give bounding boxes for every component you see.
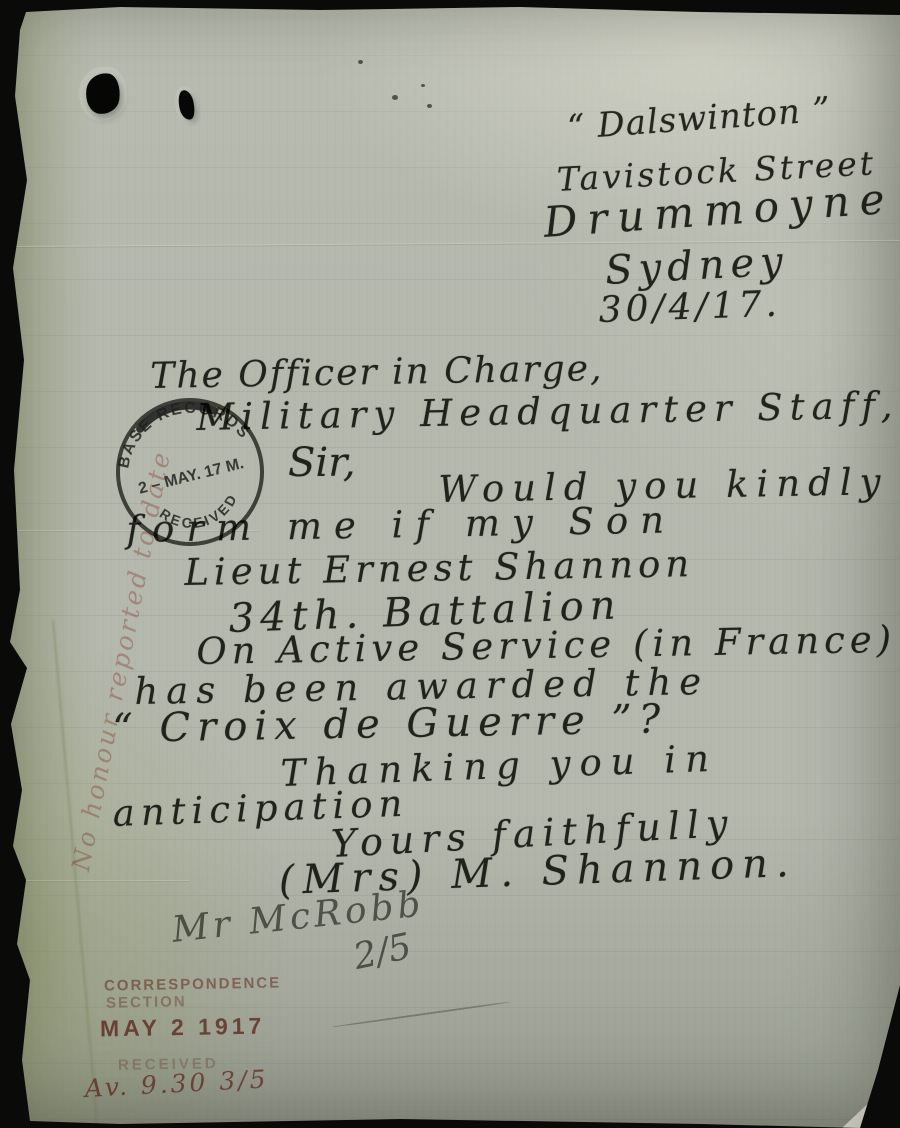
paper-speck	[358, 60, 363, 64]
paper-speck	[392, 95, 398, 100]
red-ink-note: Av. 9.30 3/5	[84, 1064, 269, 1103]
address-house-name: “ Dalswinton ”	[566, 90, 832, 148]
paper-hole-large	[83, 71, 122, 116]
pencil-flourish-stroke	[332, 1001, 511, 1028]
correspondence-stamp-line2: SECTION	[106, 993, 187, 1011]
diagonal-crease	[52, 620, 99, 1128]
letter-date: 30/4/17.	[598, 284, 782, 331]
correspondence-stamp-date: MAY 2 1917	[100, 1013, 266, 1043]
pencil-fraction-annotation: 2/5	[350, 926, 415, 978]
paper-speck	[427, 104, 432, 108]
body-line-salutation: Sir,	[288, 440, 356, 486]
horizontal-crease-lower-left	[0, 880, 190, 881]
paper-hole-small	[176, 89, 198, 122]
scanner-bed: No honour reported to date “ Dalswinton …	[0, 0, 900, 1128]
letter-paper: No honour reported to date “ Dalswinton …	[0, 0, 900, 1128]
dog-ear-corner-fold	[842, 1078, 898, 1128]
paper-speck	[421, 84, 425, 87]
correspondence-stamp-line1: CORRESPONDENCE	[104, 974, 281, 994]
